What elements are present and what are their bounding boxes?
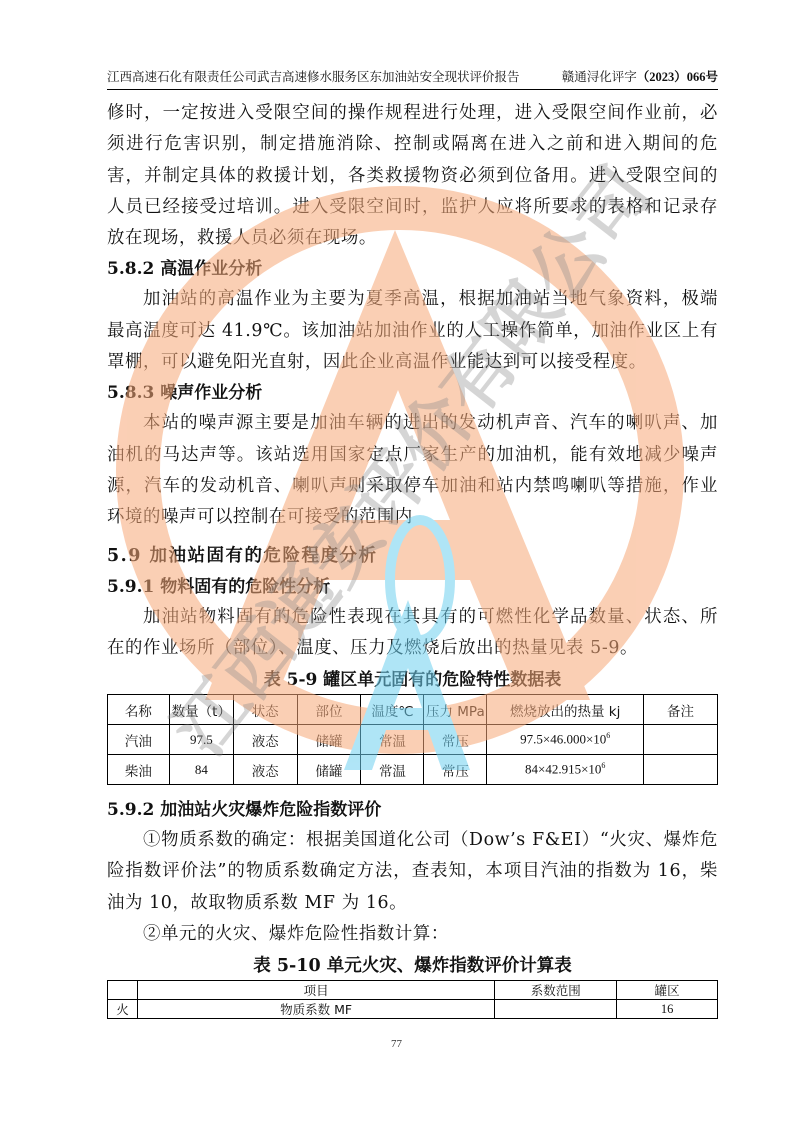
header-cell: 罐区 [617,981,718,1000]
header-cell: 温度℃ [361,695,424,725]
doc-number-prefix: 赣通浔化评字 [562,69,637,84]
cell-location: 储罐 [297,725,361,755]
paragraph-high-temperature: 加油站的高温作业为主要为夏季高温，根据加油站当地气象资料，极端最高温度可达 41… [107,284,718,378]
cell-temperature: 常温 [361,755,424,785]
cell-heat: 84×42.915×106 [487,755,644,785]
table-row: 火 物质系数 MF 16 [108,1000,718,1019]
cell-location: 储罐 [297,755,361,785]
paragraph-noise: 本站的噪声源主要是加油车辆的进出的发动机声音、汽车的喇叭声、加油机的马达声等。该… [107,408,718,533]
table-5-10: 项目 系数范围 罐区 火 物质系数 MF 16 [107,980,718,1019]
heat-base: 84×42.915×10 [525,762,601,777]
cell-note [644,725,718,755]
heat-exponent: 6 [601,761,605,770]
table-row: 柴油 84 液态 储罐 常温 常压 84×42.915×106 [108,755,718,785]
cell-temperature: 常温 [361,725,424,755]
document-number: 赣通浔化评字（2023）066号 [562,67,718,87]
paragraph-material-hazard: 加油站物料固有的危险性表现在其具有的可燃性化学品数量、状态、所在的作业场所（部位… [107,602,718,665]
heading-5-8-2: 5.8.2 高温作业分析 [107,254,718,284]
doc-number-year: （2023） [637,70,687,84]
header-cell: 状态 [233,695,297,725]
table-row: 汽油 97.5 液态 储罐 常温 常压 97.5×46.000×106 [108,725,718,755]
cell-quantity: 84 [169,755,233,785]
header-cell [108,981,138,1000]
heading-5-9-1: 5.9.1 物料固有的危险性分析 [107,572,718,602]
header-cell: 系数范围 [495,981,617,1000]
cell-range [495,1000,617,1019]
cell-state: 液态 [233,725,297,755]
heading-5-8-3: 5.8.3 噪声作业分析 [107,378,718,408]
table-header-row: 项目 系数范围 罐区 [108,981,718,1000]
table-5-9: 名称 数量（t） 状态 部位 温度℃ 压力 MPa 燃烧放出的热量 kj 备注 … [107,694,718,785]
page-number: 77 [0,1038,793,1050]
header-cell: 数量（t） [169,695,233,725]
cell-state: 液态 [233,755,297,785]
heading-5-9: 5.9 加油站固有的危险程度分析 [107,540,718,572]
cell-name: 汽油 [108,725,170,755]
paragraph-confined-space: 修时，一定按进入受限空间的操作规程进行处理，进入受限空间作业前，必须进行危害识别… [107,98,718,254]
table-5-9-caption: 表 5-9 罐区单元固有的危险特性数据表 [107,666,718,694]
header-cell: 燃烧放出的热量 kj [487,695,644,725]
page-header: 江西高速石化有限责任公司武吉高速修水服务区东加油站安全现状评价报告 赣通浔化评字… [107,67,718,90]
heat-exponent: 6 [606,731,610,740]
header-cell: 名称 [108,695,170,725]
cell-pressure: 常压 [424,725,487,755]
table-5-10-caption: 表 5-10 单元火灾、爆炸指数评价计算表 [107,952,718,980]
paragraph-index-calc: ②单元的火灾、爆炸危险性指数计算： [107,919,718,950]
cell-value: 16 [617,1000,718,1019]
doc-number-suffix: 066号 [687,70,718,84]
cell-name: 柴油 [108,755,170,785]
header-cell: 部位 [297,695,361,725]
cell-quantity: 97.5 [169,725,233,755]
cell-heat: 97.5×46.000×106 [487,725,644,755]
heat-base: 97.5×46.000×10 [520,732,606,747]
cell-note [644,755,718,785]
heading-5-9-2: 5.9.2 加油站火灾爆炸危险指数评价 [107,795,718,825]
page-content: 修时，一定按进入受限空间的操作规程进行处理，进入受限空间作业前，必须进行危害识别… [107,98,718,1019]
paragraph-material-factor: ①物质系数的确定：根据美国道化公司（Dow’s F&EI）“火灾、爆炸危险指数评… [107,825,718,919]
report-title: 江西高速石化有限责任公司武吉高速修水服务区东加油站安全现状评价报告 [107,67,520,87]
header-cell: 备注 [644,695,718,725]
cell-category: 火 [108,1000,138,1019]
table-header-row: 名称 数量（t） 状态 部位 温度℃ 压力 MPa 燃烧放出的热量 kj 备注 [108,695,718,725]
header-cell: 压力 MPa [424,695,487,725]
document-page: 江西高速石化有限责任公司武吉高速修水服务区东加油站安全现状评价报告 赣通浔化评字… [0,0,793,1122]
header-cell: 项目 [137,981,494,1000]
cell-pressure: 常压 [424,755,487,785]
cell-item: 物质系数 MF [137,1000,494,1019]
